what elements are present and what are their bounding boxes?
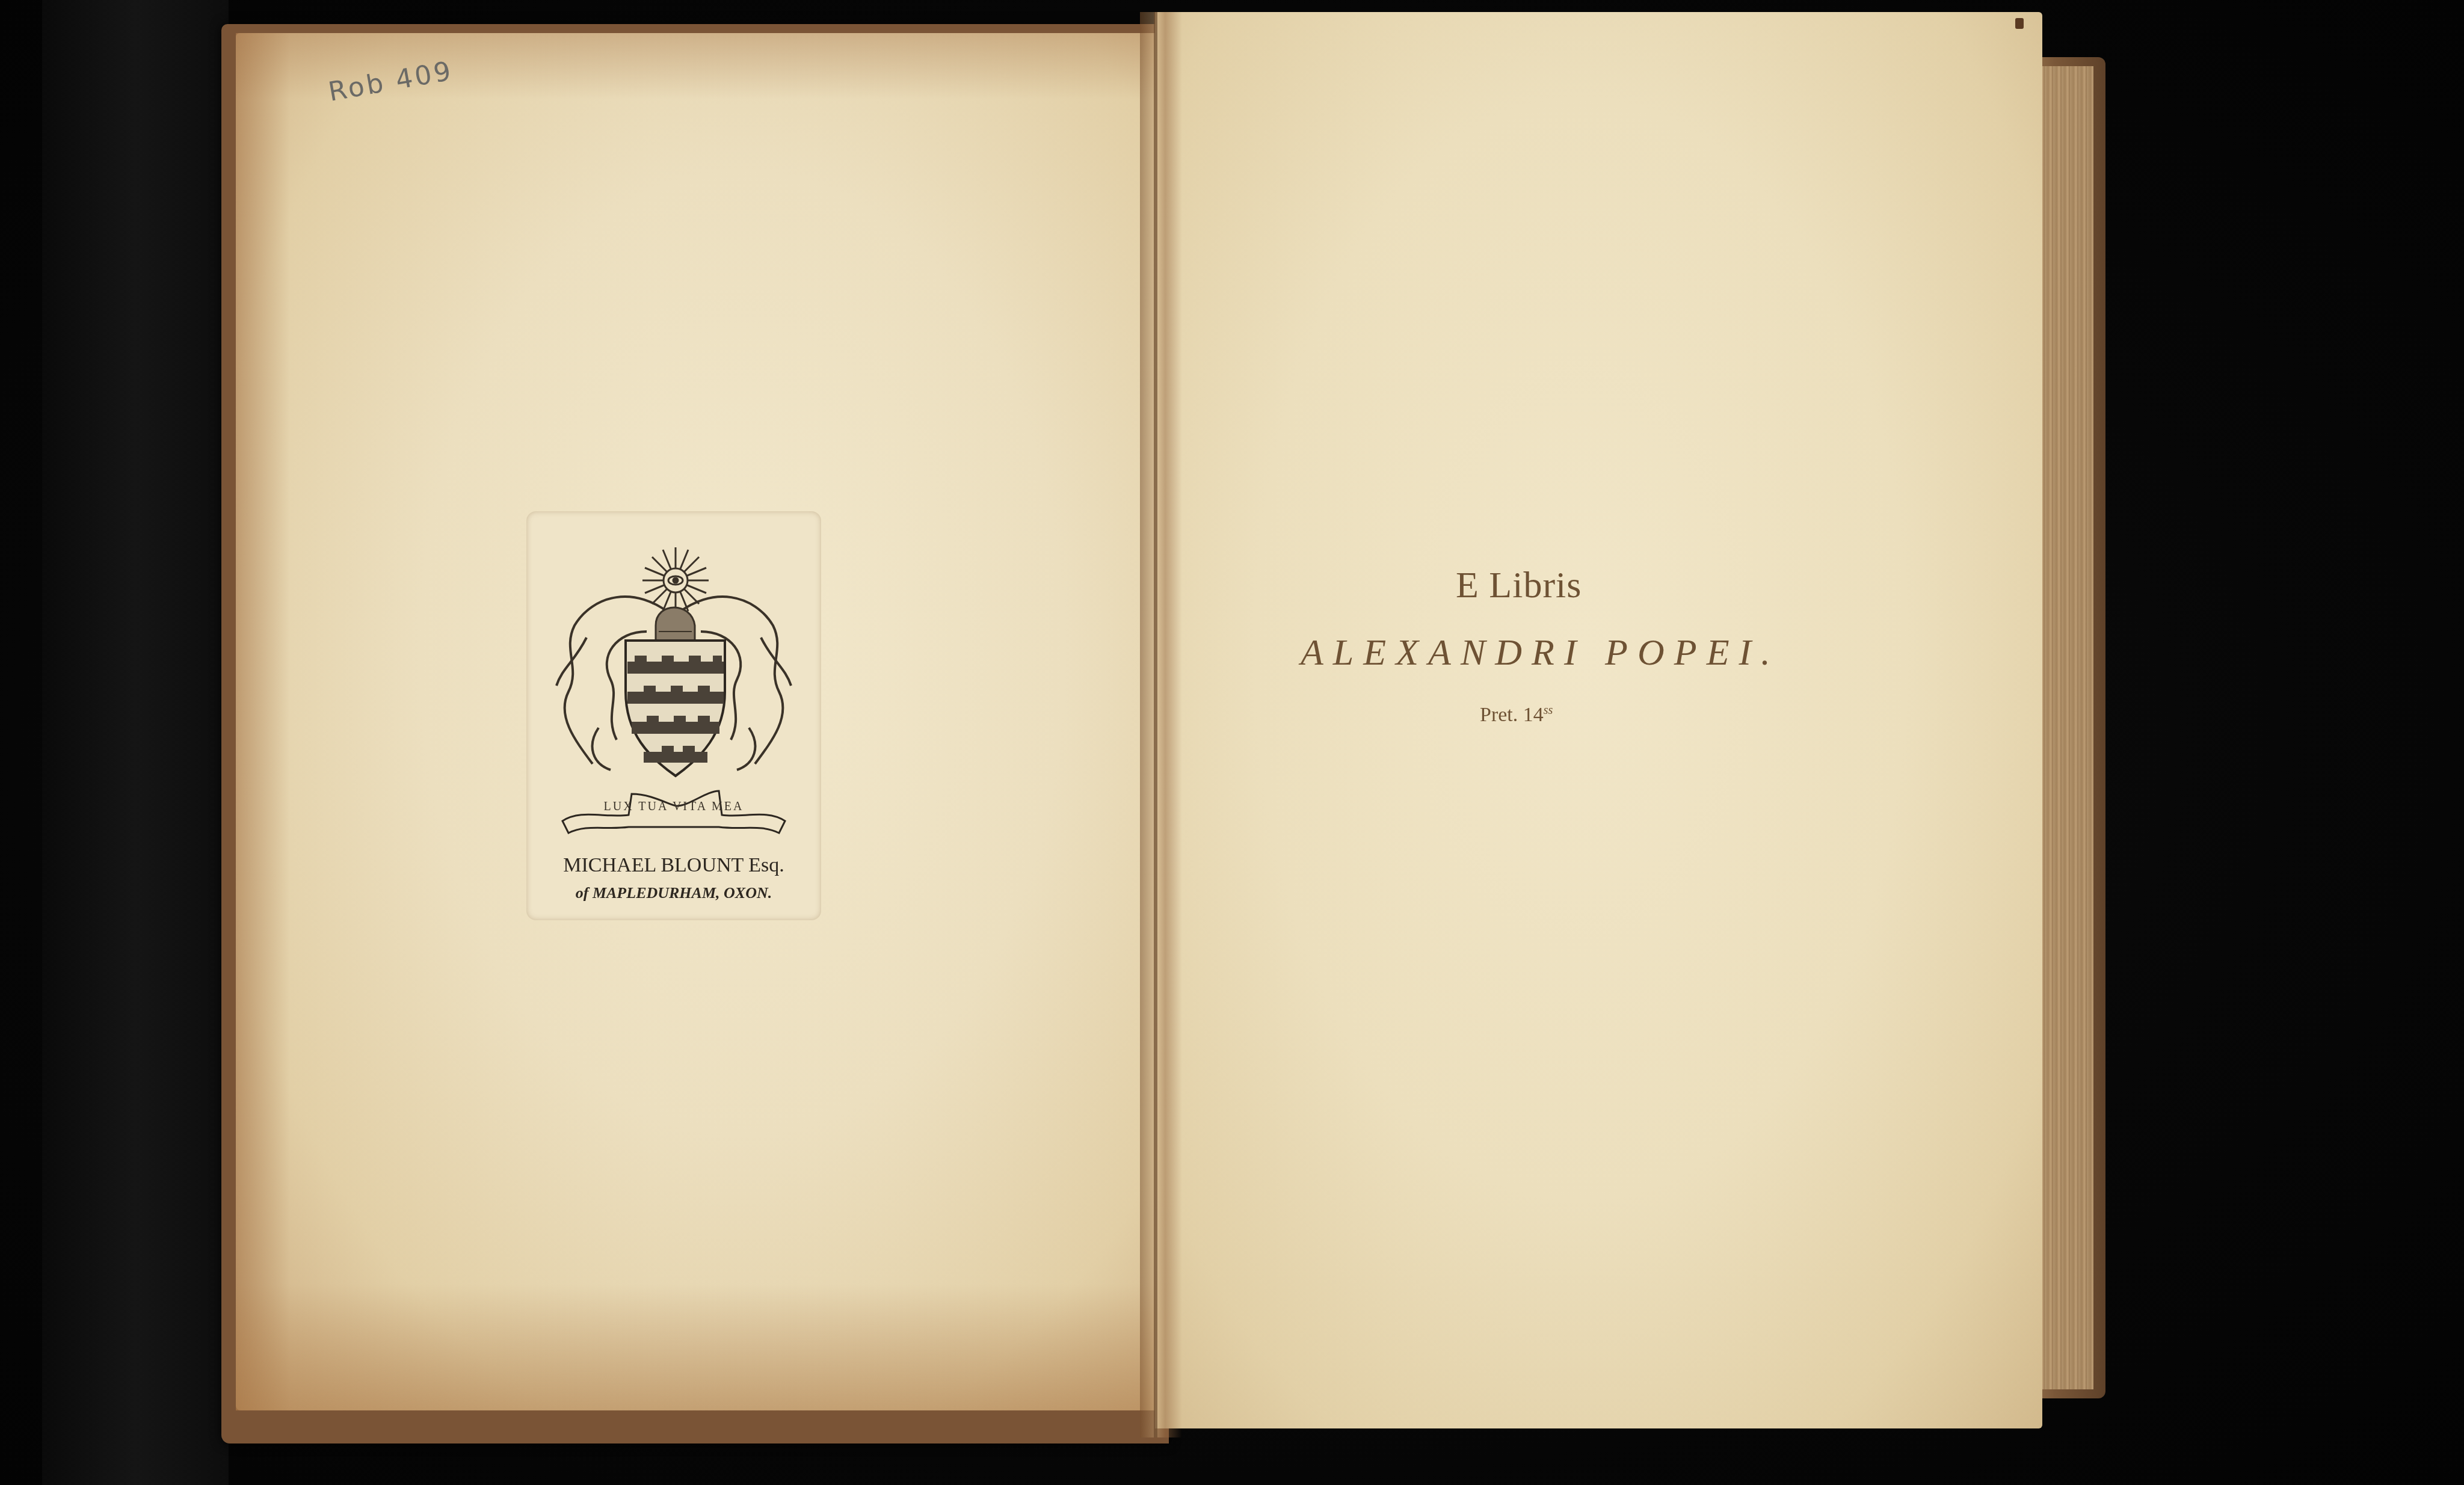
tack-mark [2015,18,2024,29]
shield-icon [626,641,725,776]
flyleaf-page [1155,12,2042,1428]
armorial-bookplate: LUX TUA VITA MEA MICHAEL BLOUNT Esq. of … [526,511,821,920]
inscription-heading: E Libris [1456,564,1582,607]
foxing-stain-left [236,33,290,1410]
gutter-fold-line [1154,12,1157,1437]
price-text: Pret. 14 [1480,704,1544,726]
bookplate-owner-name: MICHAEL BLOUNT Esq. [526,854,821,877]
cloth-backdrop [42,0,229,1485]
book-gutter [1140,12,1182,1437]
helmet-icon [656,607,695,641]
inscription-owner-name: ALEXANDRI POPEI. [1301,632,1780,674]
bookplate-place: of MAPLEDURHAM, OXON. [526,884,821,902]
price-superscript: ss [1544,704,1553,717]
bookplate-motto: LUX TUA VITA MEA [526,800,821,814]
page-block-edges [2036,66,2093,1389]
foxing-stain-bottom [236,1284,1156,1410]
inscription-price: Pret. 14ss [1480,704,1553,727]
